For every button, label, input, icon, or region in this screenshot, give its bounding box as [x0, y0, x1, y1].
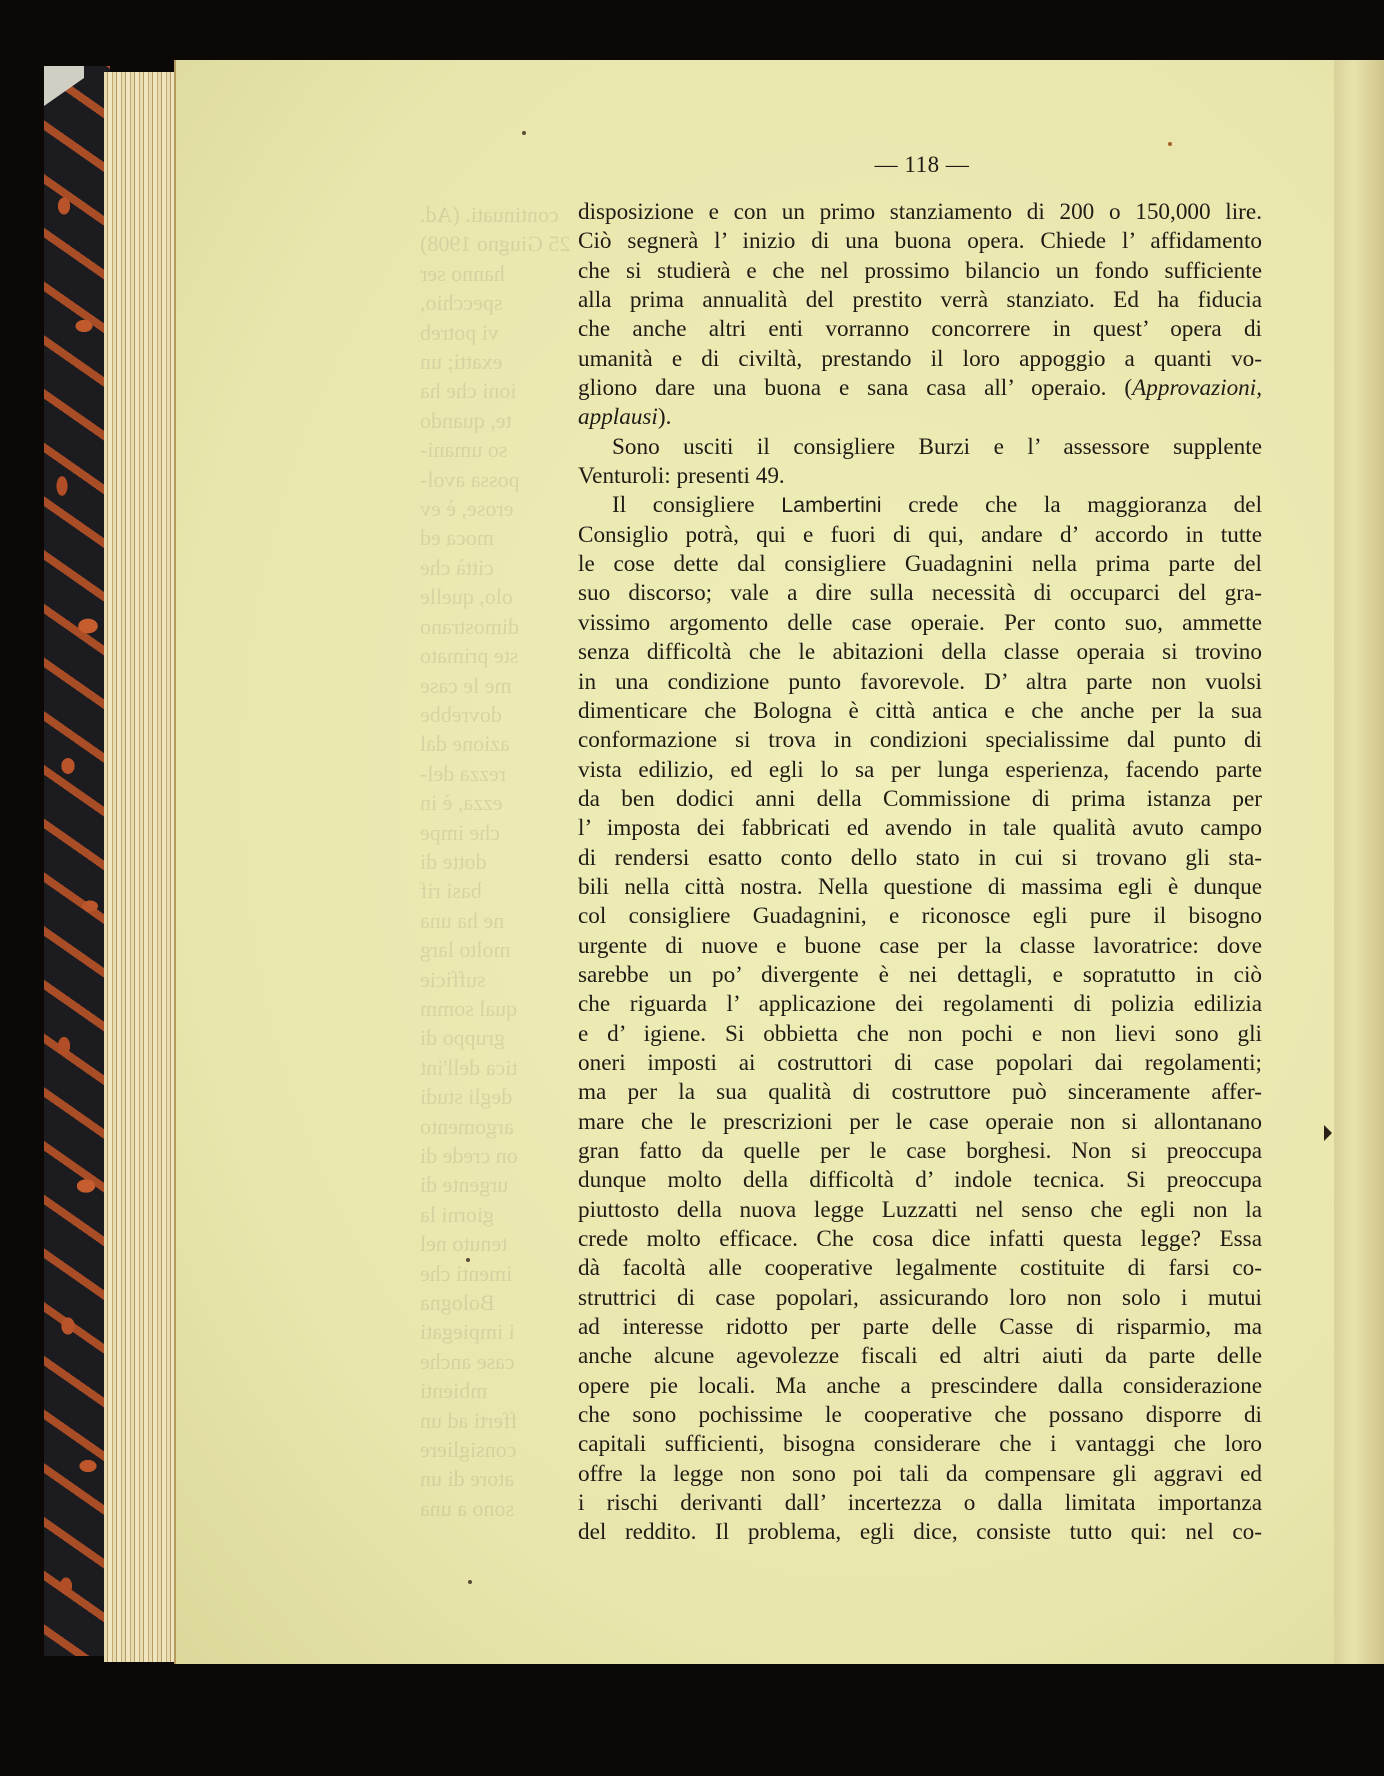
- text-line: oneri imposti ai costruttori di case pop…: [578, 1049, 1262, 1078]
- text-line: dimenticare che Bologna è città antica e…: [578, 697, 1262, 726]
- bleed-line: tenuto nel: [420, 1229, 580, 1258]
- bleed-line: consigliere: [420, 1435, 580, 1464]
- bleed-line: olo, quelle: [420, 582, 580, 611]
- bleed-line: ste primato: [420, 641, 580, 670]
- bleed-line: ioni che ha: [420, 376, 580, 405]
- bleed-through-text: continuati. (Ad. 25 Giugno 1908)hanno se…: [420, 200, 580, 1520]
- bleed-line: atore di un: [420, 1464, 580, 1493]
- bleed-line: gruppo di: [420, 1023, 580, 1052]
- bleed-line: imenti che: [420, 1259, 580, 1288]
- facing-page-edge: [1334, 60, 1384, 1664]
- text-line: crede molto efficace. Che cosa dice infa…: [578, 1225, 1262, 1254]
- bleed-line: i impiegati: [420, 1317, 580, 1346]
- text-line: gliono dare una buona e sana casa all’ o…: [578, 374, 1262, 403]
- bleed-line: moca ed: [420, 523, 580, 552]
- paper-speck: [522, 131, 526, 135]
- text-line: le cose dette dal consigliere Guadagnini…: [578, 550, 1262, 579]
- bleed-line: degli studi: [420, 1082, 580, 1111]
- page-number: — 118 —: [582, 152, 1262, 178]
- text-line: umanità e di civiltà, prestando il loro …: [578, 345, 1262, 374]
- bleed-line: vi potreb: [420, 318, 580, 347]
- bleed-line: sono a una: [420, 1494, 580, 1520]
- text-line: l’ imposta dei fabbricati ed avendo in t…: [578, 814, 1262, 843]
- bleed-line: specchio,: [420, 288, 580, 317]
- bleed-line: fferti ad un: [420, 1406, 580, 1435]
- paragraph-lines: Consiglio potrà, qui e fuori di qui, and…: [578, 521, 1262, 1548]
- text-line: suo discorso; vale a dire sulla necessit…: [578, 579, 1262, 608]
- text-line: Ciò segnerà l’ inizio di una buona opera…: [578, 227, 1262, 256]
- italic-annotation: Approvazioni,: [1132, 375, 1262, 401]
- text-line: vista edilizio, ed egli lo sa per lunga …: [578, 756, 1262, 785]
- text-line: mare che le prescrizioni per le case ope…: [578, 1108, 1262, 1137]
- bleed-line: so umani-: [420, 435, 580, 464]
- book-cover-marbled-edge: [44, 66, 110, 1656]
- bleed-line: azione dal: [420, 729, 580, 758]
- text-line: sarebbe un po’ divergente è nei dettagli…: [578, 961, 1262, 990]
- body-text: disposizione e con un primo stanziamento…: [578, 198, 1262, 1548]
- text-line: Sono usciti il consigliere Burzi e l’ as…: [578, 433, 1262, 462]
- text-line: e d’ igiene. Si obbietta che non pochi e…: [578, 1020, 1262, 1049]
- bleed-line: dimostrano: [420, 612, 580, 641]
- text-line: di rendersi esatto conto dello stato in …: [578, 844, 1262, 873]
- bleed-line: rezza del-: [420, 759, 580, 788]
- background-bottom: [174, 1664, 1384, 1776]
- bleed-line: case anche: [420, 1347, 580, 1376]
- bleed-line: possa avol-: [420, 465, 580, 494]
- bleed-line: ne ha una: [420, 906, 580, 935]
- text-line: conformazione si trova in condizioni spe…: [578, 726, 1262, 755]
- bleed-line: on crede di: [420, 1141, 580, 1170]
- italic-annotation: applausi: [578, 404, 658, 430]
- text-line: Il consigliere Lambertini crede che la m…: [578, 491, 1262, 520]
- text-line: capitali sufficienti, bisogna considerar…: [578, 1430, 1262, 1459]
- bleed-line: tica dell'int: [420, 1053, 580, 1082]
- bleed-line: dotte di: [420, 847, 580, 876]
- text-line: dunque molto della difficoltà d’ indole …: [578, 1166, 1262, 1195]
- paper-speck: [466, 1258, 470, 1262]
- text-line: ma per la sua qualità di costruttore può…: [578, 1078, 1262, 1107]
- text-line: piuttosto della nuova legge Luzzatti nel…: [578, 1196, 1262, 1225]
- text-line: i rischi derivanti dall’ incertezza o da…: [578, 1489, 1262, 1518]
- text-line: senza difficoltà che le abitazioni della…: [578, 638, 1262, 667]
- bleed-line: dovrebbe: [420, 700, 580, 729]
- page-edge-marker: [1324, 1125, 1332, 1141]
- text-line: Consiglio potrà, qui e fuori di qui, and…: [578, 521, 1262, 550]
- bleed-line: Bologna: [420, 1288, 580, 1317]
- text-line: vissimo argomento delle case operaie. Pe…: [578, 609, 1262, 638]
- text-line: opere pie locali. Ma anche a prescindere…: [578, 1372, 1262, 1401]
- text-line: disposizione e con un primo stanziamento…: [578, 198, 1262, 227]
- bleed-line: mbienti: [420, 1376, 580, 1405]
- bleed-line: città che: [420, 553, 580, 582]
- paper-speck: [1168, 142, 1172, 146]
- speaker-name: Lambertini: [781, 493, 881, 517]
- bleed-line: hanno ser: [420, 259, 580, 288]
- text-line: anche alcune agevolezze fiscali ed altri…: [578, 1342, 1262, 1371]
- text-line: da ben dodici anni della Commissione di …: [578, 785, 1262, 814]
- text-line: bili nella città nostra. Nella questione…: [578, 873, 1262, 902]
- text-line: struttrici di case popolari, assicurando…: [578, 1284, 1262, 1313]
- text-line: col consigliere Guadagnini, e riconosce …: [578, 902, 1262, 931]
- text-line: ad interesse ridotto per parte delle Cas…: [578, 1313, 1262, 1342]
- bleed-line: te, quando: [420, 406, 580, 435]
- bleed-line: che impe: [420, 818, 580, 847]
- bleed-line: giorni la: [420, 1200, 580, 1229]
- bleed-line: ezza, è in: [420, 788, 580, 817]
- text-line: alla prima annualità del prestito verrà …: [578, 286, 1262, 315]
- text-line: che riguarda l’ applicazione dei regolam…: [578, 990, 1262, 1019]
- paper-speck: [468, 1580, 472, 1584]
- text-line: che sono pochissime le cooperative che p…: [578, 1401, 1262, 1430]
- text-line: dà facoltà alle cooperative legalmente c…: [578, 1254, 1262, 1283]
- text-line: applausi).: [578, 403, 1262, 432]
- bleed-line: qual somm: [420, 994, 580, 1023]
- bleed-line: argomento: [420, 1112, 580, 1141]
- text-line: in una condizione punto favorevole. D’ a…: [578, 668, 1262, 697]
- text-line: Venturoli: presenti 49.: [578, 462, 1262, 491]
- bleed-line: sufficie: [420, 965, 580, 994]
- bleed-line: urgente di: [420, 1170, 580, 1199]
- bleed-line: exatti; un: [420, 347, 580, 376]
- text-line: che anche altri enti vorranno concorrere…: [578, 315, 1262, 344]
- page-stack-edges: [104, 72, 176, 1662]
- bleed-line: me le case: [420, 671, 580, 700]
- text-line: offre la legge non sono poi tali da comp…: [578, 1460, 1262, 1489]
- text-line: gran fatto da quelle per le case borghes…: [578, 1137, 1262, 1166]
- bleed-line: continuati. (Ad. 25 Giugno 1908): [420, 200, 580, 259]
- bleed-line: basi rif: [420, 876, 580, 905]
- text-line: del reddito. Il problema, egli dice, con…: [578, 1518, 1262, 1547]
- text-line: che si studierà e che nel prossimo bilan…: [578, 257, 1262, 286]
- text-line: urgente di nuove e buone case per la cla…: [578, 932, 1262, 961]
- bleed-line: molto larg: [420, 935, 580, 964]
- bleed-line: erose, è ev: [420, 494, 580, 523]
